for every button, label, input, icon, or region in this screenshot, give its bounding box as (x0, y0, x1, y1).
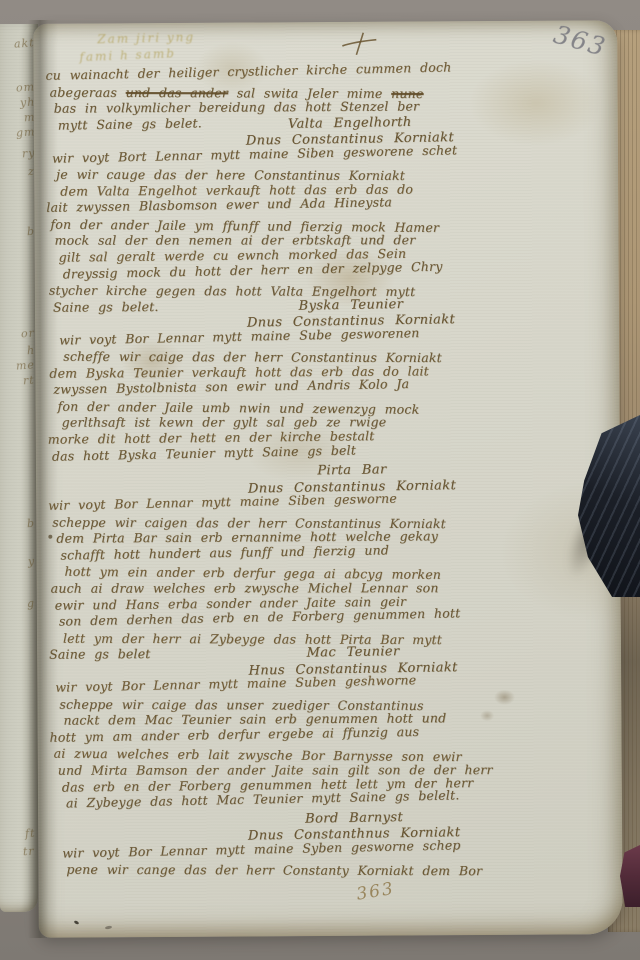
facing-page-text-fragment: om (16, 81, 36, 93)
facing-page-text-fragment: or (21, 328, 36, 340)
manuscript-page: Zam jiri yng fami h samb 363 cu wainacht… (33, 20, 623, 938)
faded-bleedthrough-note: fami h samb (79, 46, 176, 64)
facing-page-text-fragment: y (27, 556, 35, 567)
facing-page-text-fragment: ft (24, 828, 35, 840)
facing-page-text-fragment: h (27, 345, 36, 357)
margin-ink-dot (48, 535, 52, 539)
facing-page-text-fragment: akt (14, 37, 35, 49)
text-column: cu wainacht der heiliger crystlicher kir… (53, 64, 606, 878)
cross-mark-icon (339, 32, 379, 56)
facing-page-edge: aktomyhmgmryzborhmertbygfttr (0, 24, 38, 912)
facing-page-text-fragment: rt (23, 375, 35, 387)
faded-bleedthrough-note: Zam jiri yng (97, 30, 195, 46)
facing-page-text-fragment: b (27, 518, 36, 530)
ink-folio-number: 363 (355, 881, 396, 904)
facing-page-text-fragment: gm (15, 126, 35, 138)
pencil-folio-number: 363 (551, 22, 609, 61)
photo-background: aktomyhmgmryzborhmertbygfttr Zam jiri yn… (0, 0, 640, 960)
facing-page-text-fragment: tr (23, 846, 35, 858)
facing-page-text-fragment: me (16, 359, 36, 371)
facing-page-text-fragment: g (27, 598, 36, 610)
manuscript-line: pene wir cange das der herr Constanty Ko… (66, 862, 614, 881)
